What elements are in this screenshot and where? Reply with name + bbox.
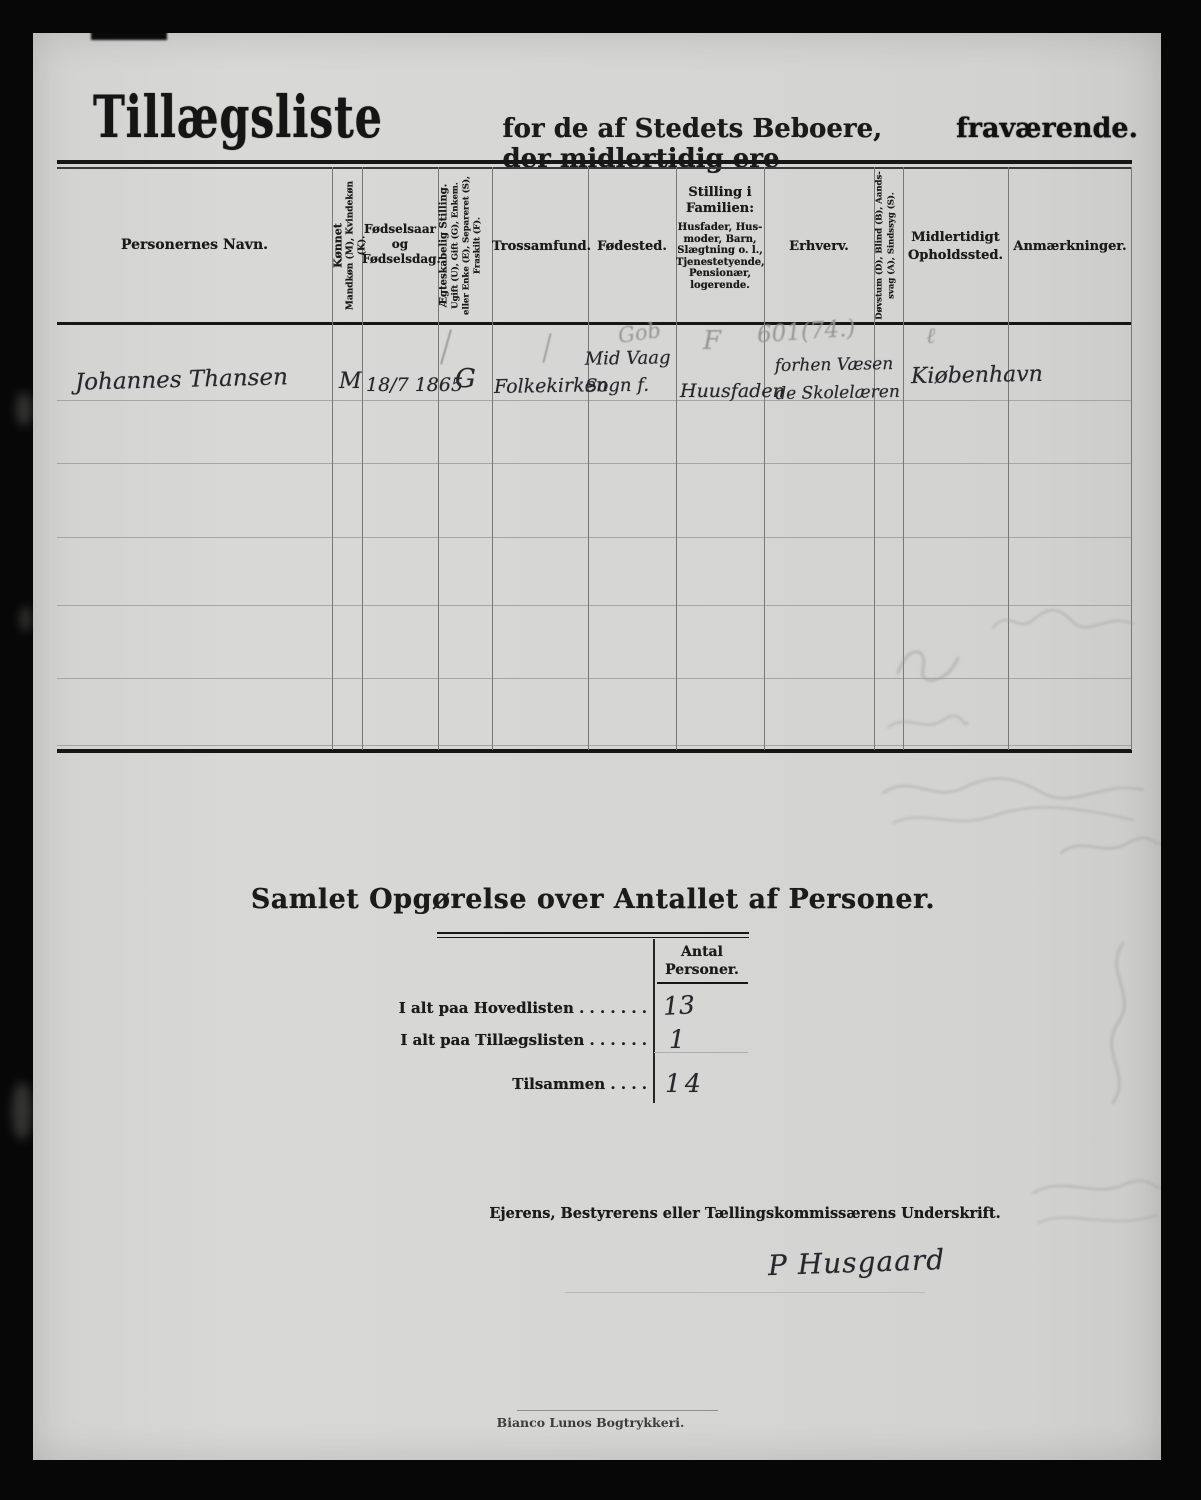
scan-smudge <box>12 1082 32 1140</box>
column-header-family: Stilling i Familien: Husfader, Hus- mode… <box>676 185 764 291</box>
signature-label: Ejerens, Bestyrerens eller Tællingskommi… <box>463 1205 1027 1222</box>
entry-family: Huusfaden <box>680 380 785 402</box>
entry-residence: Kiøbenhavn <box>911 362 1043 389</box>
summary-header-underline <box>657 982 748 984</box>
table-row-rule <box>57 400 1132 401</box>
table-top-rule-thin <box>57 167 1132 169</box>
summary-row-label: I alt paa Tillægslisten . . . . . . <box>383 1031 647 1049</box>
column-header-remarks: Anmærkninger. <box>1008 239 1132 254</box>
entry-pencil-family: F <box>703 326 721 356</box>
column-header-marital-title: Ægteskabelig Stilling. <box>439 171 451 321</box>
entry-birthplace: Mid Vaag Sogn f. <box>585 344 672 399</box>
summary-row-label: Tilsammen . . . . <box>383 1075 647 1093</box>
entry-name: Johannes Thansen <box>75 364 288 396</box>
page-title-main: Tillægsliste <box>93 83 383 151</box>
bleedthrough-mark <box>1023 1163 1161 1243</box>
bleedthrough-mark <box>988 598 1138 643</box>
bleedthrough-mark <box>1053 823 1161 873</box>
entry-sex: M <box>339 369 362 394</box>
column-header-name: Personernes Navn. <box>57 237 332 253</box>
entry-marital: G <box>455 364 476 394</box>
entry-pencil-residence: ℓ <box>926 323 935 349</box>
summary-heading: Samlet Opgørelse over Antallet af Person… <box>233 884 953 915</box>
summary-row-label: I alt paa Hovedlisten . . . . . . . <box>383 999 647 1017</box>
summary-top-rule-a <box>437 932 749 934</box>
pencil-tick-mark <box>440 329 452 364</box>
bleedthrough-mark <box>883 705 973 740</box>
table-column-rule <box>492 167 493 750</box>
column-header-disability: Døvstum (D), Blind (B), Aands- svag (A),… <box>875 171 904 321</box>
table-bottom-rule-thick <box>57 749 1132 753</box>
column-header-sex: Kønnet Mandkøn (M), Kvindekøn (K). <box>332 171 363 321</box>
page-title-subtitle: for de af Stedets Beboere, der midlertid… <box>502 114 938 174</box>
table-top-rule-thick <box>57 160 1132 164</box>
column-header-religion: Trossamfund. <box>492 239 588 254</box>
summary-row-value: 13 <box>662 990 695 1021</box>
column-header-marital: Ægteskabelig Stilling. Ugift (U), Gift (… <box>439 171 492 321</box>
signature-line <box>565 1292 925 1293</box>
summary-column-header: Antal Personer. <box>655 943 749 979</box>
column-header-marital-codes: Ugift (U), Gift (G), Enkem. eller Enke (… <box>451 171 484 321</box>
entry-birth: 18/7 1865 <box>366 374 463 396</box>
document-paper: Tillægsliste for de af Stedets Beboere, … <box>33 33 1161 1460</box>
bleedthrough-mark <box>888 628 968 688</box>
scanned-census-page: Tillægsliste for de af Stedets Beboere, … <box>0 0 1201 1500</box>
entry-occupation: forhen Væsen de Skolelæren <box>775 350 901 408</box>
table-row-rule <box>57 463 1132 464</box>
table-column-rule <box>1008 167 1009 750</box>
footer-rule <box>517 1410 718 1411</box>
pencil-tick-mark <box>542 333 551 363</box>
table-row-rule <box>57 537 1132 538</box>
scan-smudge <box>16 392 32 426</box>
column-header-birthplace: Fødested. <box>588 239 676 254</box>
bleedthrough-mark <box>1078 933 1161 1113</box>
table-right-border <box>1131 167 1132 750</box>
column-header-residence: Midlertidigt Opholdssted. <box>903 229 1008 265</box>
table-column-rule <box>764 167 765 750</box>
column-header-disability-codes: Døvstum (D), Blind (B), Aands- svag (A),… <box>875 171 898 321</box>
table-column-rule <box>588 167 589 750</box>
summary-top-rule-b <box>437 937 749 939</box>
table-bottom-rule-thin <box>57 745 1132 746</box>
printer-imprint: Bianco Lunos Bogtrykkeri. <box>453 1415 728 1430</box>
column-header-occupation: Erhverv. <box>764 239 874 254</box>
table-row-rule <box>57 678 1132 679</box>
summary-row-value: 1 <box>669 1025 685 1054</box>
column-header-family-title: Stilling i Familien: <box>676 185 764 217</box>
column-header-birth: Fødselsaar og Fødselsdag. <box>362 222 438 267</box>
entry-pencil-birthplace: Gob <box>617 318 663 348</box>
scan-edge-notch <box>91 33 167 40</box>
page-title-emphasis: fraværende. <box>956 113 1138 144</box>
scan-smudge <box>20 606 31 632</box>
column-header-sex-title: Kønnet <box>332 171 345 321</box>
column-header-family-detail: Husfader, Hus- moder, Barn, Slægtning o.… <box>676 222 764 291</box>
signature-name: P Husgaard <box>767 1243 945 1282</box>
summary-row-value: 14 <box>665 1069 705 1098</box>
entry-pencil-occupation: 601(74.) <box>756 316 856 349</box>
table-row-rule <box>57 605 1132 606</box>
table-header-bottom-rule <box>57 322 1132 325</box>
